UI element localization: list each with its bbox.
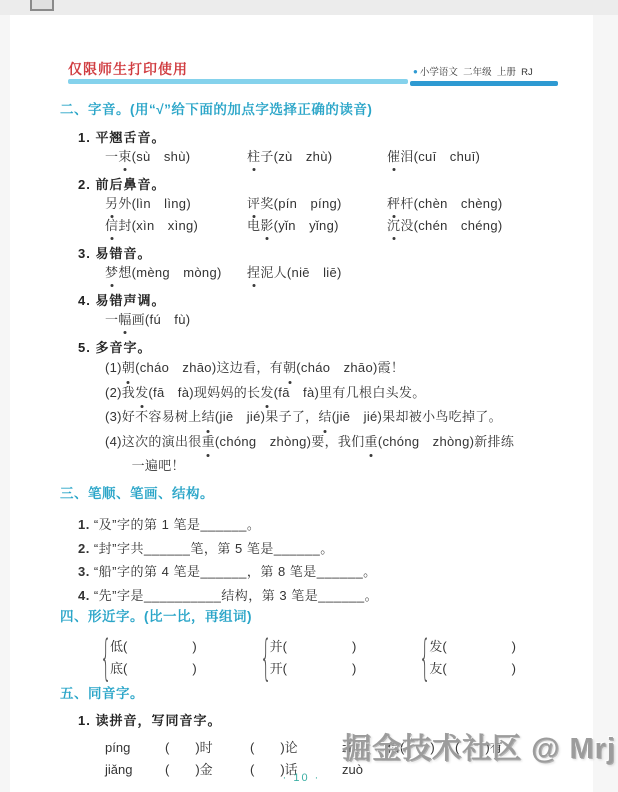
worksheet-page: 仅限师生打印使用 ●小学语文 二年级 上册 RJ 二、字音。(用“√”给下面的加… — [10, 15, 593, 792]
worksheet-item: 3. 易错音。梦想(mèng mòng)捏泥人(niē liē) — [60, 246, 579, 284]
homophone-cell: píng — [105, 737, 165, 759]
pinyin-row: 信封(xìn xìng)电影(yǐn yǐng)沉没(chén chéng) — [60, 215, 579, 237]
item-label: 4. 易错声调。 — [60, 293, 579, 309]
numbered-line: 4.“先”字是__________结构，第 3 笔是______。 — [60, 584, 579, 608]
brace-icon: { — [419, 636, 423, 680]
numbered-line: 1.“及”字的第 1 笔是______。 — [60, 513, 579, 537]
pair-bottom: 开( ) — [270, 658, 357, 680]
xingjinzi-pairs: {低( )底( ){并( )开( ){发( )友( ) — [60, 636, 579, 680]
item-label: 1. 平翘舌音。 — [60, 130, 579, 146]
line-text: “及”字的第 1 笔是______。 — [94, 517, 261, 532]
section-ziyin-items: 1. 平翘舌音。一束(sù shù)柱子(zù zhù)催泪(cuī chuī)… — [60, 130, 579, 479]
section-bishun: 三、笔顺、笔画、结构。 1.“及”字的第 1 笔是______。2.“封”字共_… — [60, 485, 579, 607]
right-margin-strip — [593, 15, 618, 792]
dotted-char: 评 — [247, 193, 260, 215]
pinyin-cell: 一幅画(fú fù) — [105, 309, 247, 331]
item-label: 3. 易错音。 — [60, 246, 579, 262]
line-number: 4. — [78, 588, 90, 603]
pinyin-cell: 梦想(mèng mòng) — [105, 262, 247, 284]
dotted-char: 秤 — [387, 193, 400, 215]
watermark: 掘金技术社区 @ Mrj — [342, 726, 616, 767]
compare-pair: {低( )底( ) — [100, 636, 260, 680]
pinyin-cell: 另外(lìn lìng) — [105, 193, 247, 215]
dotted-char: 另 — [105, 193, 118, 215]
worksheet-item: 5. 多音字。(1)朝(cháo zhāo)这边看，有朝(cháo zhāo)霞… — [60, 340, 579, 479]
pinyin-cell: 捏泥人(niē liē) — [247, 262, 387, 284]
line-number: 3. — [78, 564, 90, 579]
numbered-line: 3.“船”字的第 4 笔是______，第 8 笔是______。 — [60, 560, 579, 584]
dotted-char: 朝 — [283, 356, 296, 381]
pinyin-cell: 秤杆(chèn chèng) — [387, 193, 502, 215]
sentence-line: 一遍吧！ — [60, 454, 579, 479]
pinyin-row: 一束(sù shù)柱子(zù zhù)催泪(cuī chuī) — [60, 146, 579, 168]
pair-bottom: 友( ) — [429, 658, 516, 680]
book-meta-text: 小学语文 二年级 上册 RJ — [420, 67, 533, 78]
dotted-char: 重 — [202, 430, 215, 455]
dotted-char: 结 — [202, 405, 215, 430]
worksheet-item: 1. 平翘舌音。一束(sù shù)柱子(zù zhù)催泪(cuī chuī) — [60, 130, 579, 168]
line-text: “船”字的第 4 笔是______，第 8 笔是______。 — [94, 564, 377, 579]
pinyin-row: 梦想(mèng mòng)捏泥人(niē liē) — [60, 262, 579, 284]
dotted-char: 幅 — [118, 309, 131, 331]
line-number: 2. — [78, 541, 90, 556]
section-ziyin-title: 二、字音。(用“√”给下面的加点字选择正确的读音) — [60, 101, 579, 119]
line-text: “先”字是__________结构，第 3 笔是______。 — [94, 588, 378, 603]
window-tab-icon[interactable] — [30, 0, 54, 11]
dotted-char: 沉 — [387, 215, 400, 237]
dotted-char: 捏 — [247, 262, 260, 284]
pinyin-cell: 柱子(zù zhù) — [247, 146, 387, 168]
sentence-line: (1)朝(cháo zhāo)这边看，有朝(cháo zhāo)霞！ — [60, 356, 579, 381]
window-top-strip — [0, 0, 618, 15]
homophone-cell: ( )时 — [165, 737, 250, 759]
dotted-char: 发 — [135, 381, 148, 406]
pinyin-cell: 催泪(cuī chuī) — [387, 146, 480, 168]
brace-icon: { — [260, 636, 264, 680]
line-number: 1. — [78, 517, 90, 532]
numbered-line: 2.“封”字共______笔，第 5 笔是______。 — [60, 537, 579, 561]
dotted-char: 信 — [105, 215, 118, 237]
section-xingjinzi: 四、形近字。(比一比，再组词) {低( )底( ){并( )开( ){发( )友… — [60, 608, 579, 680]
section-bishun-items: 1.“及”字的第 1 笔是______。2.“封”字共______笔，第 5 笔… — [60, 513, 579, 607]
section-bishun-title: 三、笔顺、笔画、结构。 — [60, 485, 579, 503]
pinyin-cell: 沉没(chén chéng) — [387, 215, 502, 237]
pair-top: 发( ) — [429, 636, 516, 658]
pair-bottom: 底( ) — [110, 658, 197, 680]
worksheet-item: 4. 易错声调。一幅画(fú fù) — [60, 293, 579, 331]
pinyin-cell: 电影(yǐn yǐng) — [247, 215, 387, 237]
sentence-line: (3)好不容易树上结(jiē jié)果子了，结(jiē jié)果却被小鸟吃掉… — [60, 405, 579, 430]
section-xingjinzi-title: 四、形近字。(比一比，再组词) — [60, 608, 579, 626]
print-notice: 仅限师生打印使用 — [68, 59, 188, 79]
dotted-char: 催 — [387, 146, 400, 168]
sentence-line: (4)这次的演出很重(chóng zhòng)要，我们重(chóng zhòng… — [60, 430, 579, 455]
worksheet-item: 2. 前后鼻音。另外(lìn lìng)评奖(pín píng)秤杆(chèn … — [60, 177, 579, 237]
section-ziyin: 二、字音。(用“√”给下面的加点字选择正确的读音) 1. 平翘舌音。一束(sù … — [60, 101, 579, 479]
compare-pair: {并( )开( ) — [260, 636, 420, 680]
book-meta: ●小学语文 二年级 上册 RJ — [413, 64, 533, 78]
pinyin-cell: 评奖(pín píng) — [247, 193, 387, 215]
dotted-char: 束 — [118, 146, 131, 168]
sentence-line: (2)我发(fā fà)现妈妈的长发(fā fà)里有几根白头发。 — [60, 381, 579, 406]
pinyin-row: 一幅画(fú fù) — [60, 309, 579, 331]
dotted-char: 结 — [318, 405, 331, 430]
header-rule-light — [68, 79, 408, 84]
dotted-char: 柱 — [247, 146, 260, 168]
dotted-char: 发 — [260, 381, 273, 406]
pinyin-row: 另外(lìn lìng)评奖(pín píng)秤杆(chèn chèng) — [60, 193, 579, 215]
line-text: “封”字共______笔，第 5 笔是______。 — [94, 541, 334, 556]
dotted-char: 影 — [260, 215, 273, 237]
pair-top: 并( ) — [270, 636, 357, 658]
page-number: · 10 · — [10, 772, 593, 784]
item-label: 2. 前后鼻音。 — [60, 177, 579, 193]
homophone-cell: ( )论 — [250, 737, 342, 759]
header-rule-dark — [410, 81, 558, 86]
pinyin-cell: 一束(sù shù) — [105, 146, 247, 168]
pair-top: 低( ) — [110, 636, 197, 658]
pinyin-cell: 信封(xìn xìng) — [105, 215, 247, 237]
dotted-char: 朝 — [122, 356, 135, 381]
dotted-char: 梦 — [105, 262, 118, 284]
dotted-char: 重 — [365, 430, 378, 455]
section-tongyinzi-title: 五、同音字。 — [60, 685, 579, 703]
bullet-icon: ● — [413, 67, 418, 76]
compare-pair: {发( )友( ) — [419, 636, 579, 680]
item-label: 5. 多音字。 — [60, 340, 579, 356]
brace-icon: { — [100, 636, 104, 680]
